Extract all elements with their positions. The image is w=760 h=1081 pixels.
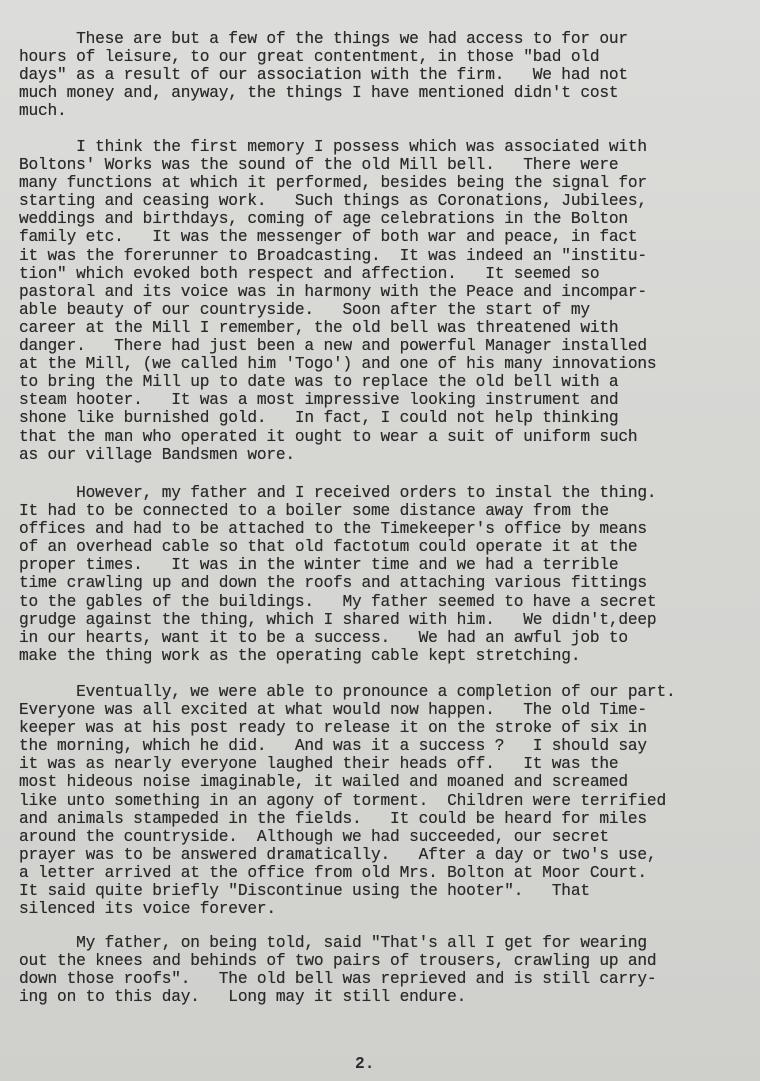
text-line: pastoral and its voice was in harmony wi… [19, 283, 656, 301]
text-line: of an overhead cable so that old factotu… [19, 538, 656, 556]
paragraph-installing-hooter: However, my father and I received orders… [19, 484, 656, 665]
text-line: silenced its voice forever. [19, 900, 675, 918]
text-line: make the thing work as the operating cab… [19, 647, 656, 665]
text-line: hours of leisure, to our great contentme… [19, 48, 628, 66]
text-line: much. [19, 102, 628, 120]
text-line: However, my father and I received orders… [19, 484, 656, 502]
text-line: shone like burnished gold. In fact, I co… [19, 409, 656, 427]
text-line: time crawling up and down the roofs and … [19, 574, 656, 592]
text-line: that the man who operated it ought to we… [19, 428, 656, 446]
text-line: the morning, which he did. And was it a … [19, 737, 675, 755]
text-line: family etc. It was the messenger of both… [19, 228, 656, 246]
text-line: down those roofs". The old bell was repr… [19, 970, 656, 988]
typewritten-page: These are but a few of the things we had… [0, 0, 760, 1081]
paragraph-hooter-test: Eventually, we were able to pronounce a … [19, 683, 675, 918]
text-line: tion" which evoked both respect and affe… [19, 265, 656, 283]
text-line: offices and had to be attached to the Ti… [19, 520, 656, 538]
paragraph-father-reaction: My father, on being told, said "That's a… [19, 934, 656, 1006]
text-line: Eventually, we were able to pronounce a … [19, 683, 675, 701]
text-line: many functions at which it performed, be… [19, 174, 656, 192]
text-line: It had to be connected to a boiler some … [19, 502, 656, 520]
text-line: proper times. It was in the winter time … [19, 556, 656, 574]
text-line: days" as a result of our association wit… [19, 66, 628, 84]
text-line: out the knees and behinds of two pairs o… [19, 952, 656, 970]
paragraph-mill-bell: I think the first memory I possess which… [19, 138, 656, 464]
text-line: It said quite briefly "Discontinue using… [19, 882, 675, 900]
text-line: My father, on being told, said "That's a… [19, 934, 656, 952]
text-line: it was as nearly everyone laughed their … [19, 755, 675, 773]
text-line: as our village Bandsmen wore. [19, 446, 656, 464]
text-line: most hideous noise imaginable, it wailed… [19, 773, 675, 791]
text-line: like unto something in an agony of torme… [19, 792, 675, 810]
text-line: to the gables of the buildings. My fathe… [19, 593, 656, 611]
text-line: around the countryside. Although we had … [19, 828, 675, 846]
text-line: weddings and birthdays, coming of age ce… [19, 210, 656, 228]
text-line: it was the forerunner to Broadcasting. I… [19, 247, 656, 265]
text-line: grudge against the thing, which I shared… [19, 611, 656, 629]
text-line: to bring the Mill up to date was to repl… [19, 373, 656, 391]
text-line: These are but a few of the things we had… [19, 30, 628, 48]
text-line: and animals stampeded in the fields. It … [19, 810, 675, 828]
text-line: Everyone was all excited at what would n… [19, 701, 675, 719]
text-line: Boltons' Works was the sound of the old … [19, 156, 656, 174]
text-line: prayer was to be answered dramatically. … [19, 846, 675, 864]
text-line: able beauty of our countryside. Soon aft… [19, 301, 656, 319]
page-number: 2. [355, 1055, 374, 1073]
text-line: at the Mill, (we called him 'Togo') and … [19, 355, 656, 373]
text-line: career at the Mill I remember, the old b… [19, 319, 656, 337]
text-line: I think the first memory I possess which… [19, 138, 656, 156]
text-line: keeper was at his post ready to release … [19, 719, 675, 737]
text-line: danger. There had just been a new and po… [19, 337, 656, 355]
text-line: in our hearts, want it to be a success. … [19, 629, 656, 647]
text-line: a letter arrived at the office from old … [19, 864, 675, 882]
text-line: much money and, anyway, the things I hav… [19, 84, 628, 102]
text-line: starting and ceasing work. Such things a… [19, 192, 656, 210]
paragraph-leisure: These are but a few of the things we had… [19, 30, 628, 120]
text-line: steam hooter. It was a most impressive l… [19, 391, 656, 409]
text-line: ing on to this day. Long may it still en… [19, 988, 656, 1006]
